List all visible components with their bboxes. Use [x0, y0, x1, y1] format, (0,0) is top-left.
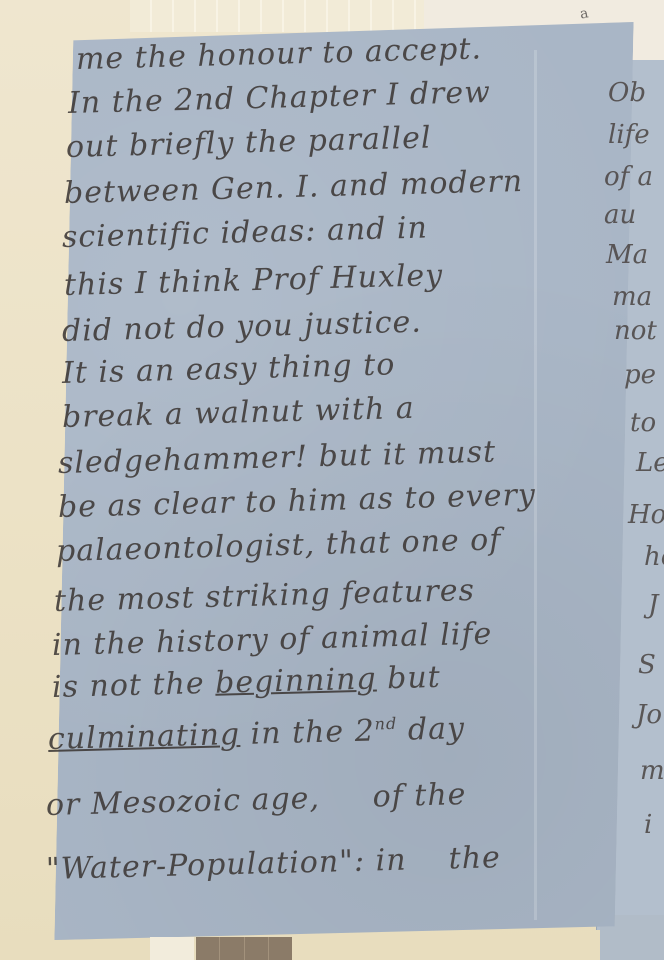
- right-fragment-2: life: [608, 120, 650, 150]
- underlined-word-beginning: beginning: [215, 662, 377, 701]
- bar-2: [220, 937, 244, 960]
- bar-1: [196, 937, 220, 960]
- line-18-after: the: [448, 840, 501, 876]
- ordinal-number: 2: [354, 713, 375, 749]
- right-fragment-17: i: [644, 810, 652, 840]
- right-fragment-5: Ma: [606, 240, 648, 270]
- line-17-text: or Mesozoic age,: [46, 781, 321, 823]
- right-fragment-9: to: [630, 408, 656, 438]
- right-fragment-3: of a: [604, 162, 653, 192]
- right-fragment-10: Le: [636, 448, 664, 478]
- right-fragment-8: pe: [624, 360, 656, 390]
- right-fragment-7: not: [614, 316, 657, 346]
- bar-4: [269, 937, 292, 960]
- underlined-word-culminating: culminating: [48, 717, 241, 757]
- right-fragment-15: Jo: [636, 700, 662, 730]
- mount-ruling: [130, 0, 430, 32]
- right-fragment-13: J: [648, 590, 658, 620]
- line-17-after: of the: [372, 777, 467, 814]
- bar-3: [245, 937, 269, 960]
- right-fragment-11: Ho: [628, 500, 664, 530]
- line-16-after: day: [407, 711, 465, 747]
- right-fragment-12: he: [644, 542, 664, 572]
- right-fragment-6: ma: [612, 282, 652, 312]
- line-15-after: but: [387, 660, 441, 696]
- right-fragment-16: m: [640, 756, 664, 786]
- line-16-text: in the: [250, 714, 344, 751]
- ordinal-suffix: nd: [374, 714, 397, 734]
- mount-bottom-light-strip: [150, 937, 194, 960]
- right-fragment-4: au: [604, 200, 636, 230]
- right-fragment-1: Ob: [608, 78, 646, 108]
- right-fragment-14: S: [638, 650, 656, 680]
- mount-bottom-bars: [196, 937, 292, 960]
- line-15-text: is not the: [52, 666, 206, 705]
